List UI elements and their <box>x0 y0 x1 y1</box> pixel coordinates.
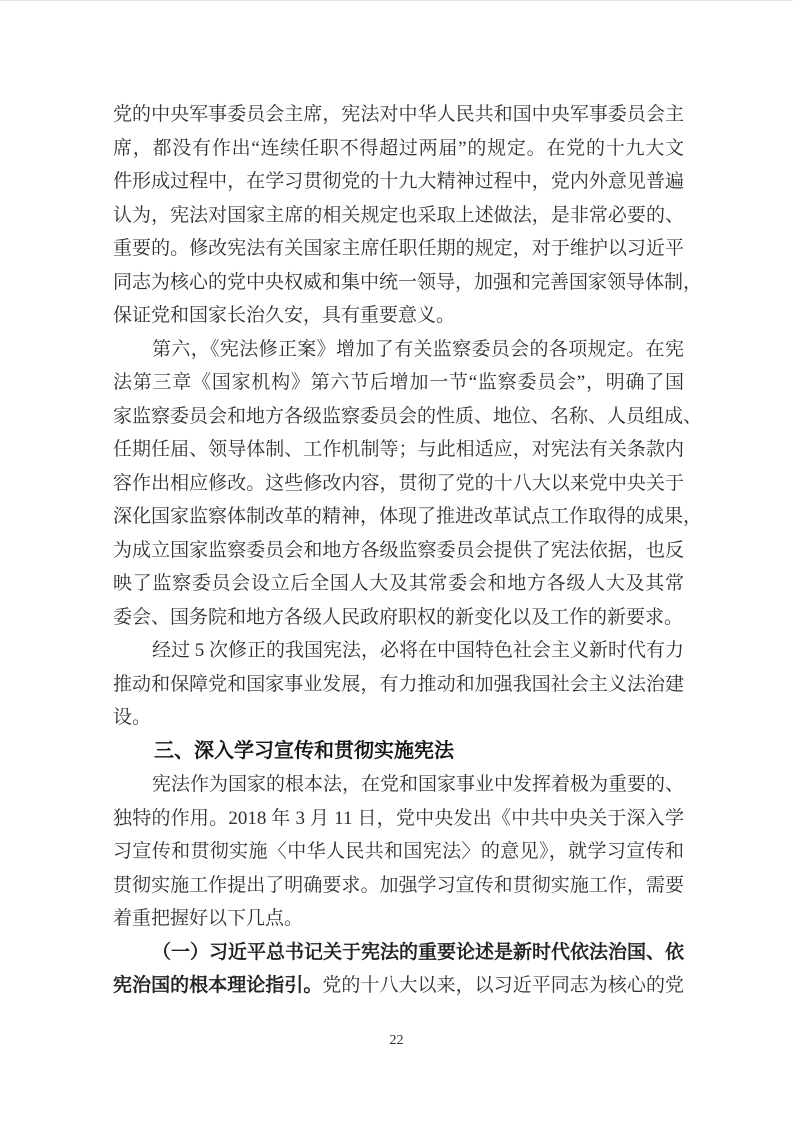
body-line: 推动和保障党和国家事业发展，有力推动和加强我国社会主义法治建 <box>113 668 684 702</box>
page-number: 22 <box>0 1033 793 1049</box>
body-line-bold: （一）习近平总书记关于宪法的重要论述是新时代依法治国、依 <box>113 936 684 970</box>
body-line: 经过 5 次修正的我国宪法，必将在中国特色社会主义新时代有力 <box>113 634 684 668</box>
bold-run: 宪治国的根本理论指引。 <box>113 975 322 996</box>
body-line: 法第三章《国家机构》第六节后增加一节“监察委员会”，明确了国 <box>113 366 684 400</box>
body-line: 第六，《宪法修正案》增加了有关监察委员会的各项规定。在宪 <box>113 333 684 367</box>
body-line: 件形成过程中，在学习贯彻党的十九大精神过程中，党内外意见普遍 <box>113 165 684 199</box>
body-line: 家监察委员会和地方各级监察委员会的性质、地位、名称、人员组成、 <box>113 400 684 434</box>
body-line: 保证党和国家长治久安，具有重要意义。 <box>113 299 684 333</box>
body-line: 着重把握好以下几点。 <box>113 902 684 936</box>
text-block: 党的中央军事委员会主席，宪法对中华人民共和国中央军事委员会主 席，都没有作出“连… <box>113 98 684 1003</box>
body-line: 深化国家监察体制改革的精神，体现了推进改革试点工作取得的成果， <box>113 500 684 534</box>
body-line: 委会、国务院和地方各级人民政府职权的新变化以及工作的新要求。 <box>113 601 684 635</box>
body-line: 宪法作为国家的根本法，在党和国家事业中发挥着极为重要的、 <box>113 768 684 802</box>
body-line: 映了监察委员会设立后全国人大及其常委会和地方各级人大及其常 <box>113 567 684 601</box>
section-heading: 三、深入学习宣传和贯彻实施宪法 <box>113 735 684 769</box>
body-line: 席，都没有作出“连续任职不得超过两届”的规定。在党的十九大文 <box>113 132 684 166</box>
body-line: 习宣传和贯彻实施〈中华人民共和国宪法〉的意见》，就学习宣传和 <box>113 835 684 869</box>
body-line: 为成立国家监察委员会和地方各级监察委员会提供了宪法依据，也反 <box>113 534 684 568</box>
body-line-mixed: 宪治国的根本理论指引。党的十八大以来，以习近平同志为核心的党 <box>113 969 684 1003</box>
body-line: 认为，宪法对国家主席的相关规定也采取上述做法，是非常必要的、 <box>113 199 684 233</box>
body-line: 容作出相应修改。这些修改内容，贯彻了党的十八大以来党中央关于 <box>113 467 684 501</box>
body-line: 重要的。修改宪法有关国家主席任职任期的规定，对于维护以习近平 <box>113 232 684 266</box>
body-line: 任期任届、领导体制、工作机制等；与此相适应，对宪法有关条款内 <box>113 433 684 467</box>
body-line: 贯彻实施工作提出了明确要求。加强学习宣传和贯彻实施工作，需要 <box>113 869 684 903</box>
body-line: 独特的作用。2018 年 3 月 11 日，党中央发出《中共中央关于深入学 <box>113 802 684 836</box>
body-line: 同志为核心的党中央权威和集中统一领导，加强和完善国家领导体制， <box>113 266 684 300</box>
body-line: 党的中央军事委员会主席，宪法对中华人民共和国中央军事委员会主 <box>113 98 684 132</box>
body-line: 设。 <box>113 701 684 735</box>
document-page: 党的中央军事委员会主席，宪法对中华人民共和国中央军事委员会主 席，都没有作出“连… <box>0 0 793 1123</box>
regular-run: 党的十八大以来，以习近平同志为核心的党 <box>322 975 684 996</box>
